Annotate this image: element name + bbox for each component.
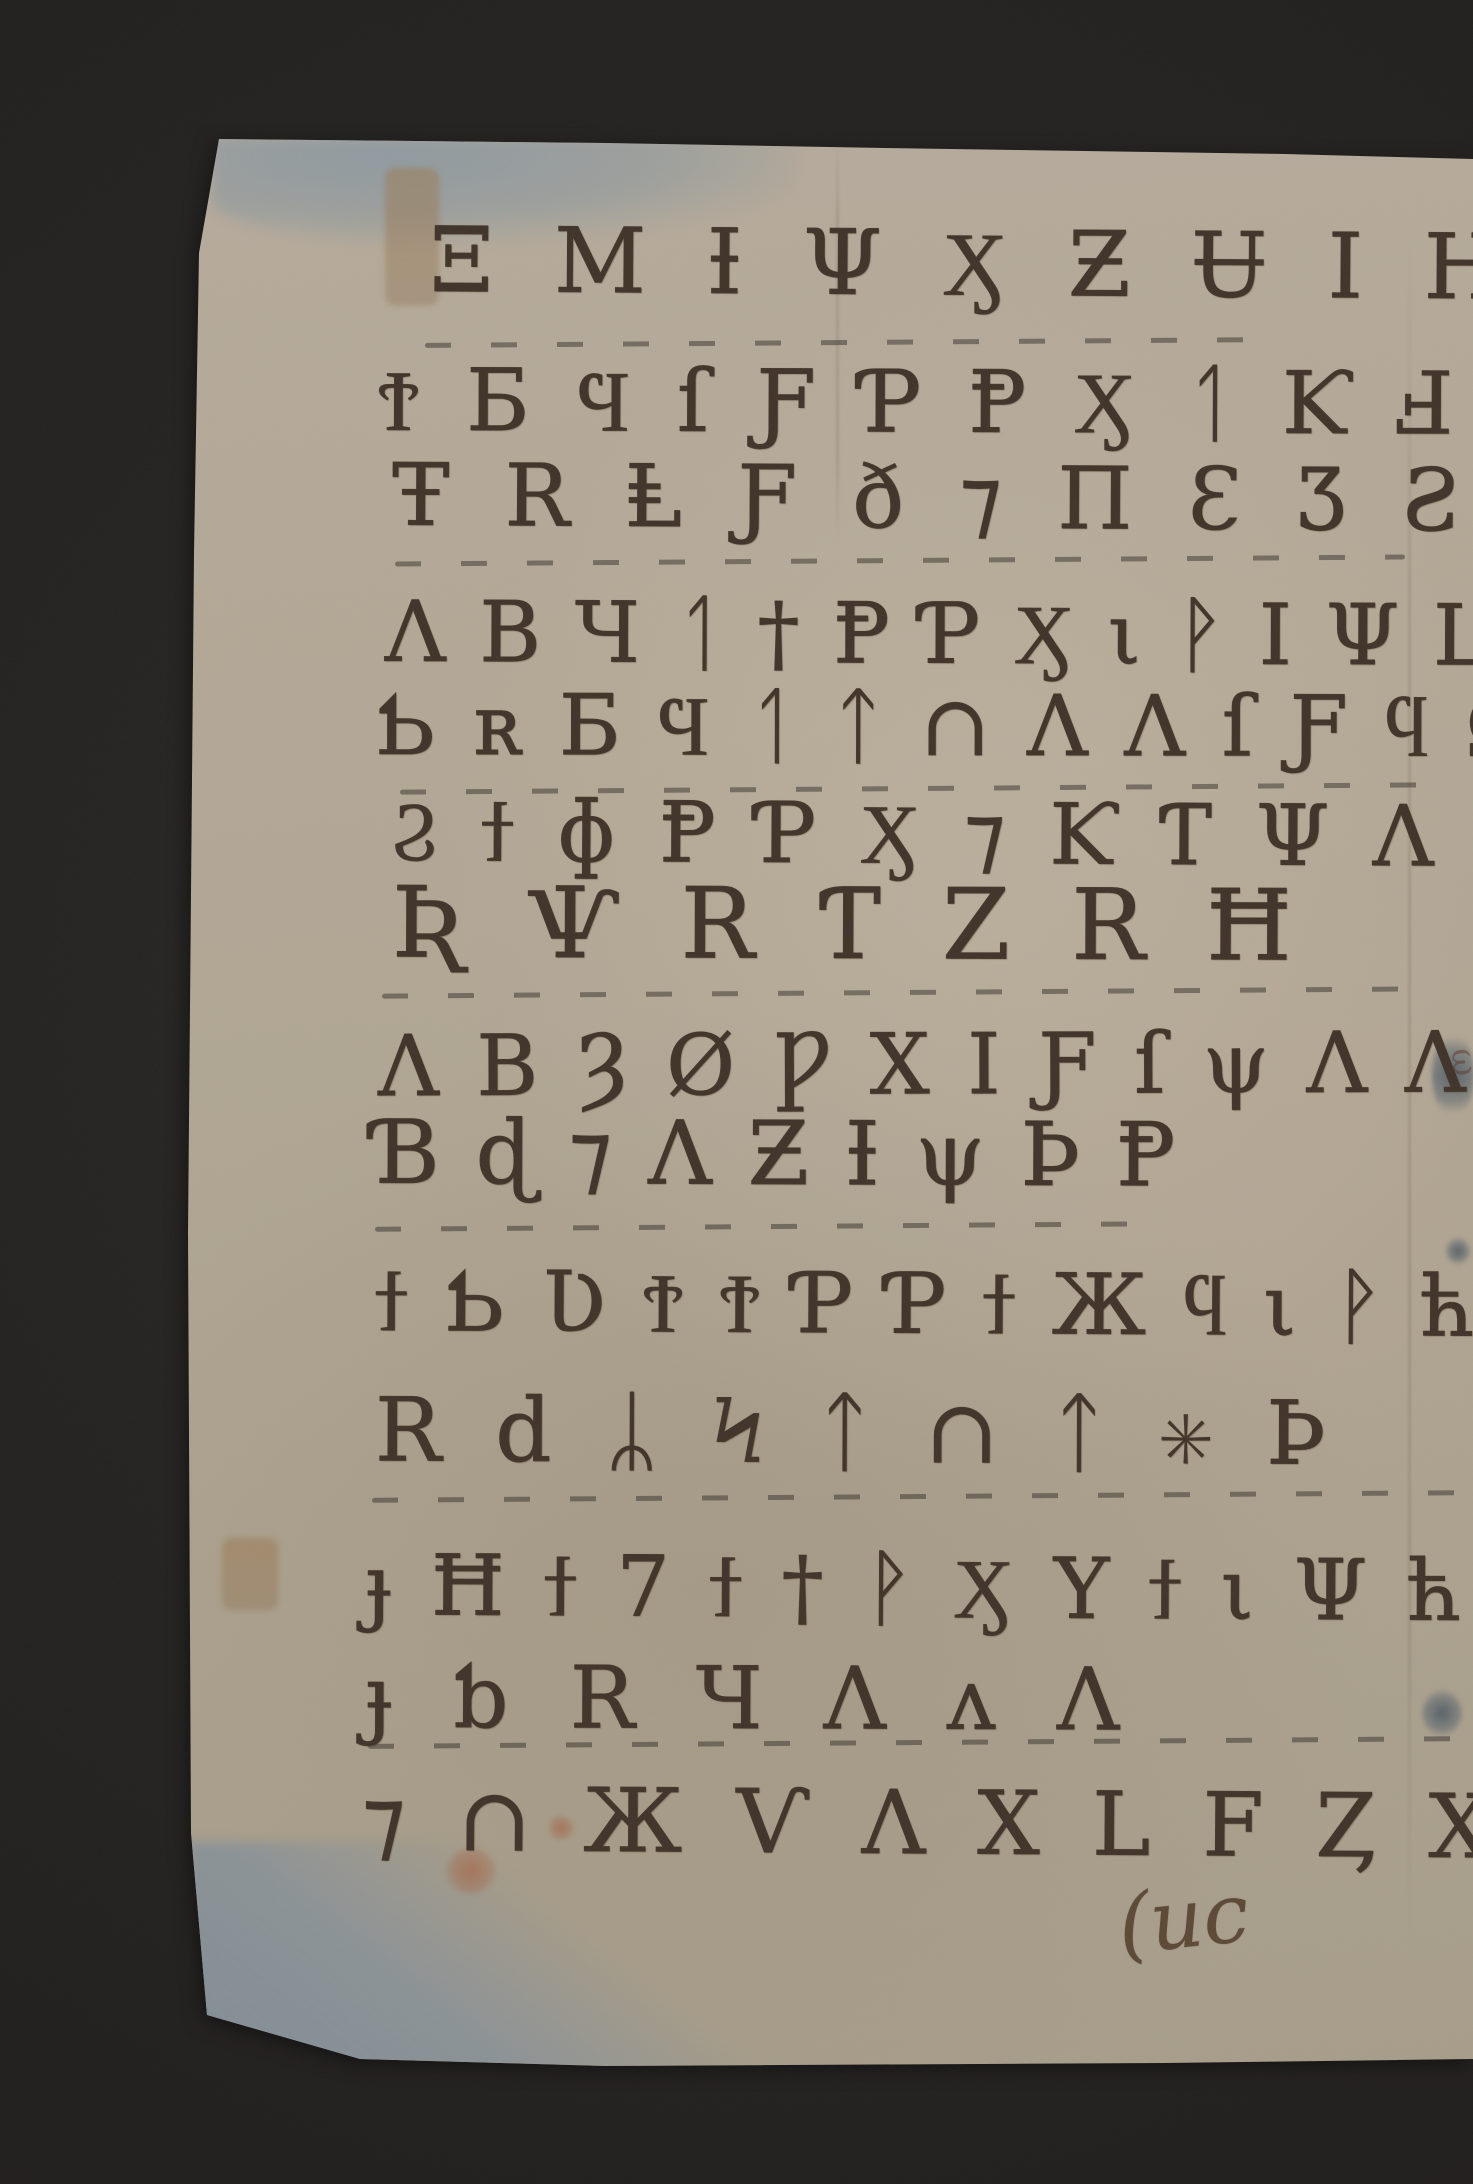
manuscript-page-wrap: Ξ Μ Ɨ Ψ Ӽ Ƶ Ʉ Ι Η ɟϮ Ƃ Ϥ ſ Ƒ Ƥ Ᵽ Ӽ ᛐ Ƙ Ⅎ… — [185, 133, 1473, 2071]
rune-line: Ϩ ϯ ɸ Ᵽ Ƥ Ӽ ⁊ Ƙ Ƭ Ψ Λ Λ — [392, 789, 1473, 879]
rune-line: Ŧ R Ⱡ Ƒ ð ⁊ Π Ɛ Ʒ Ƨ Ᵽ X — [392, 453, 1473, 546]
manuscript-page: Ξ Μ Ɨ Ψ Ӽ Ƶ Ʉ Ι Η ɟϮ Ƃ Ϥ ſ Ƒ Ƥ Ᵽ Ӽ ᛐ Ƙ Ⅎ… — [185, 133, 1473, 2071]
rune-line: Ϯ Ƃ Ϥ ſ Ƒ Ƥ Ᵽ Ӽ ᛐ Ƙ Ⅎ Ψ Ћ — [378, 358, 1473, 449]
glyph-layer: Ξ Μ Ɨ Ψ Ӽ Ƶ Ʉ Ι Η ɟϮ Ƃ Ϥ ſ Ƒ Ƥ Ᵽ Ӽ ᛐ Ƙ Ⅎ… — [185, 133, 1473, 2071]
scribe-signature: (uc — [1113, 1865, 1253, 1973]
rune-line: ϯ Ƅ Ʋ Ϯ Ϯ Ƥ Ƥ ϯ Ж ϥ ι ᚹ ћ ɟ — [375, 1259, 1473, 1349]
rune-line: R d ᛦ Ϟ ᛏ ∩ ᛏ ✳ Þ — [375, 1386, 1328, 1477]
rune-line: Ʀ Ѱ R Ƭ Z R Ħ — [392, 874, 1294, 975]
rune-line: Ξ Μ Ɨ Ψ Ӽ Ƶ Ʉ Ι Η ɟ — [430, 216, 1473, 314]
rune-line: ɟ ƅ R Ч Λ ʌ Λ — [365, 1655, 1121, 1744]
ink-bleed-mark: ω — [1443, 1046, 1473, 1078]
rune-line: ɟ Ħ ϯ 7 ϯ † ᚹ Ӽ Υ ϯ ι Ψ ћ — [365, 1543, 1463, 1633]
rune-line: Λ Β Ȝ Ø Ƿ X Ι Ƒ ſ ψ Λ Λ R Ε — [378, 1020, 1473, 1109]
rune-line: Λ Β Ч ᛐ † Ᵽ Ƥ Ӽ ι ᚹ Ι Ψ L ᛐ ᚹ — [385, 590, 1473, 678]
rune-line: ⁊ ∩ Ж Ѵ Ʌ X L F Ȥ X 6 ſ — [362, 1775, 1473, 1872]
rune-line: Ƅ ʀ Ƃ Ϥ ᛐ ᛏ ∩ Λ Λ ſ Ƒ ϥ Ω Β — [375, 683, 1473, 769]
scanned-manuscript: Ξ Μ Ɨ Ψ Ӽ Ƶ Ʉ Ι Η ɟϮ Ƃ Ϥ ſ Ƒ Ƥ Ᵽ Ӽ ᛐ Ƙ Ⅎ… — [0, 0, 1473, 2184]
rune-line: Ɓ ɖ ⁊ Λ Ƶ Ɨ ψ Þ Ᵽ — [375, 1109, 1178, 1200]
